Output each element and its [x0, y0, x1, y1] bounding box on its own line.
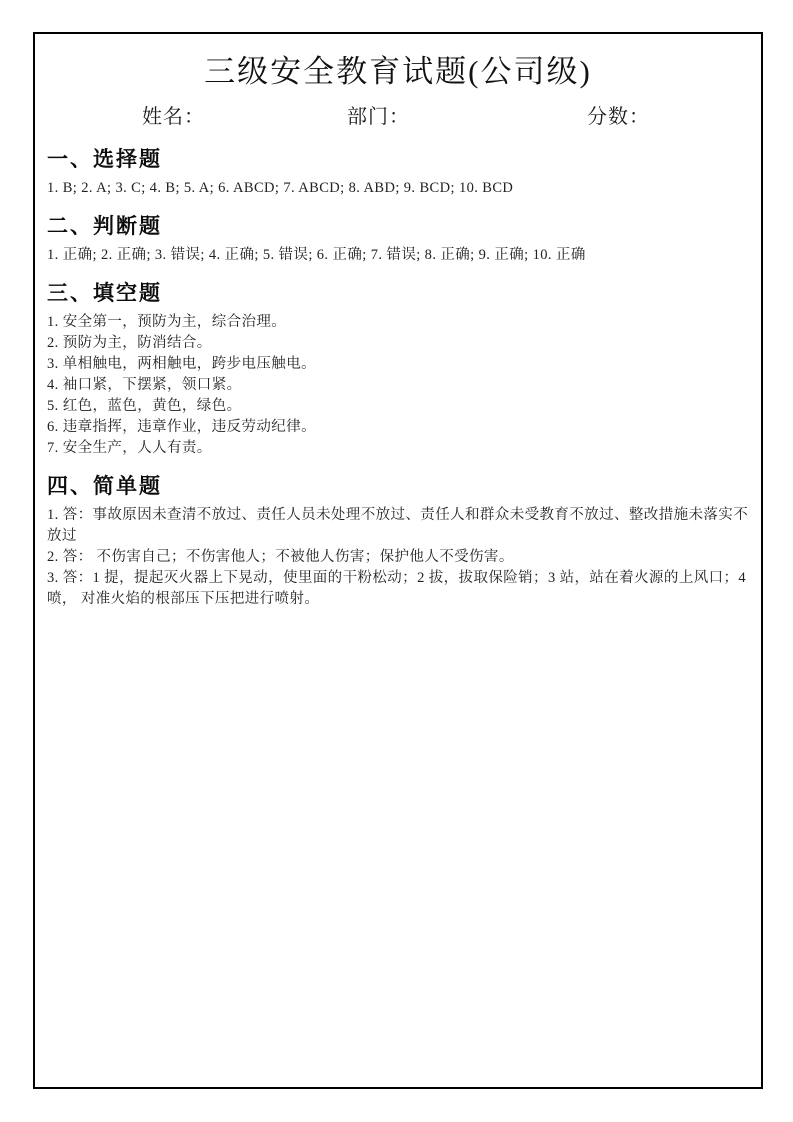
answer-line: 6. 违章指挥，违章作业，违反劳动纪律。: [47, 417, 749, 438]
exam-answer-sheet: 三级安全教育试题(公司级) 姓名： 部门： 分数： 一、选择题 1. B; 2.…: [0, 0, 793, 1122]
section-heading-fill-blank: 三、填空题: [47, 279, 749, 307]
score-field-label: 分数：: [587, 100, 650, 129]
name-field-label: 姓名：: [142, 100, 205, 129]
multiple-choice-answers: 1. B; 2. A; 3. C; 4. B; 5. A; 6. ABCD; 7…: [47, 178, 749, 199]
answer-line: 3. 答：1 提，提起灭火器上下晃动，使里面的干粉松动；2 拔，拔取保险销；3 …: [47, 568, 749, 610]
short-answer-answers: 1. 答：事故原因未查清不放过、责任人员未处理不放过、责任人和群众未受教育不放过…: [47, 505, 749, 610]
answer-line: 3. 单相触电，两相触电，跨步电压触电。: [47, 354, 749, 375]
answer-line: 1. B; 2. A; 3. C; 4. B; 5. A; 6. ABCD; 7…: [47, 178, 749, 199]
answer-line: 2. 答： 不伤害自己；不伤害他人；不被他人伤害；保护他人不受伤害。: [47, 547, 749, 568]
section-heading-multiple-choice: 一、选择题: [47, 145, 749, 173]
department-field-label: 部门：: [347, 100, 410, 129]
page-border-frame: 三级安全教育试题(公司级) 姓名： 部门： 分数： 一、选择题 1. B; 2.…: [33, 32, 763, 1089]
answer-line: 5. 红色，蓝色，黄色，绿色。: [47, 396, 749, 417]
answer-line: 2. 预防为主，防消结合。: [47, 333, 749, 354]
answer-line: 4. 袖口紧，下摆紧，领口紧。: [47, 375, 749, 396]
answer-line: 1. 安全第一，预防为主，综合治理。: [47, 312, 749, 333]
section-heading-short-answer: 四、简单题: [47, 472, 749, 500]
header-fields: 姓名： 部门： 分数：: [47, 100, 749, 132]
page-title: 三级安全教育试题(公司级): [47, 50, 749, 94]
answer-line: 1. 答：事故原因未查清不放过、责任人员未处理不放过、责任人和群众未受教育不放过…: [47, 505, 749, 547]
answer-line: 1. 正确; 2. 正确; 3. 错误; 4. 正确; 5. 错误; 6. 正确…: [47, 245, 749, 266]
answer-line: 7. 安全生产，人人有责。: [47, 438, 749, 459]
fill-blank-answers: 1. 安全第一，预防为主，综合治理。 2. 预防为主，防消结合。 3. 单相触电…: [47, 312, 749, 459]
true-false-answers: 1. 正确; 2. 正确; 3. 错误; 4. 正确; 5. 错误; 6. 正确…: [47, 245, 749, 266]
section-heading-true-false: 二、判断题: [47, 212, 749, 240]
